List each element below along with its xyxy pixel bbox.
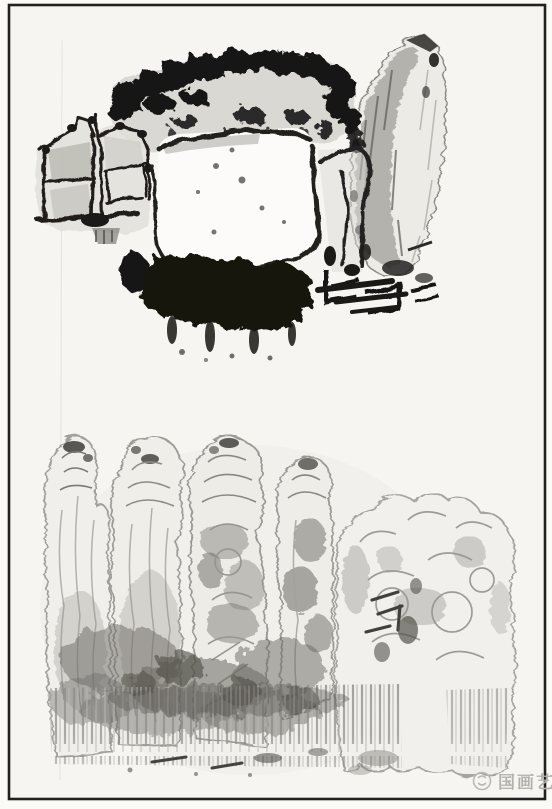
central-boulder — [154, 128, 318, 273]
mound-drip-streaks — [446, 688, 508, 768]
scanned-painting-page: 国画艺术 — [0, 0, 552, 809]
artwork-canvas: 国画艺术 — [0, 0, 552, 809]
watermark-text: 国画艺术 — [498, 772, 552, 793]
base-streaks — [48, 684, 402, 777]
arch-rock — [318, 148, 371, 276]
